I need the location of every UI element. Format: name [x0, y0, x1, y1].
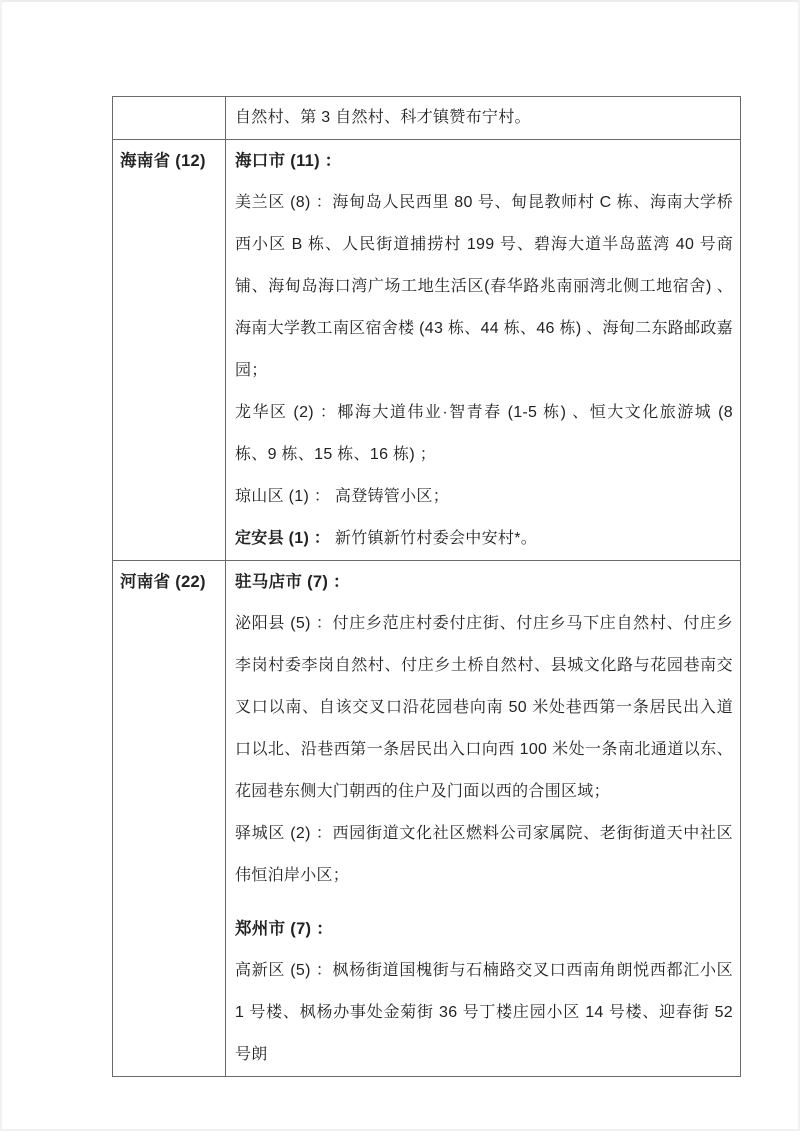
- district-detail-text: 驿城区 (2) ：西园街道文化社区燃料公司家属院、老街街道天中社区伟恒泊岸小区；: [235, 825, 733, 884]
- table-row: 河南省 (22)驻马店市 (7) ：泌阳县 (5) ：付庄乡范庄村委付庄街、付庄…: [113, 561, 741, 1077]
- district-entry: 自然村、第 3 自然村、科才镇赞布宁村。: [235, 97, 733, 139]
- table-row: 海南省 (12)海口市 (11) ：美兰区 (8) ：海甸岛人民西里 80 号、…: [113, 140, 741, 561]
- photo-edge-top: [0, 0, 800, 2]
- district-entry: 龙华区 (2) ：椰海大道伟业·智青春 (1-5 栋) 、恒大文化旅游城 (8 …: [235, 392, 733, 476]
- city-detail-cell: 自然村、第 3 自然村、科才镇赞布宁村。: [226, 97, 741, 140]
- district-detail-text: 美兰区 (8) ：海甸岛人民西里 80 号、甸昆教师村 C 栋、海南大学桥西小区…: [235, 194, 733, 379]
- city-heading: 郑州市 (7) ：: [235, 908, 733, 950]
- city-detail-cell: 海口市 (11) ：美兰区 (8) ：海甸岛人民西里 80 号、甸昆教师村 C …: [226, 140, 741, 561]
- photo-edge-left: [0, 0, 2, 1131]
- risk-area-table-body: 自然村、第 3 自然村、科才镇赞布宁村。海南省 (12)海口市 (11) ：美兰…: [113, 97, 741, 1077]
- city-heading: 驻马店市 (7) ：: [235, 561, 733, 603]
- district-entry: 泌阳县 (5) ：付庄乡范庄村委付庄街、付庄乡马下庄自然村、付庄乡李岗村委李岗自…: [235, 603, 733, 813]
- table-row: 自然村、第 3 自然村、科才镇赞布宁村。: [113, 97, 741, 140]
- district-name-bold: 驻马店市 (7) ：: [235, 573, 350, 591]
- province-cell: 河南省 (22): [113, 561, 226, 1077]
- risk-area-table: 自然村、第 3 自然村、科才镇赞布宁村。海南省 (12)海口市 (11) ：美兰…: [112, 96, 741, 1077]
- document-page: 自然村、第 3 自然村、科才镇赞布宁村。海南省 (12)海口市 (11) ：美兰…: [0, 0, 800, 1131]
- district-entry: 驿城区 (2) ：西园街道文化社区燃料公司家属院、老街街道天中社区伟恒泊岸小区；: [235, 813, 733, 897]
- province-cell: [113, 97, 226, 140]
- district-detail-text: 琼山区 (1) ： 高登铸管小区；: [235, 488, 449, 505]
- district-entry: 定安县 (1) ： 新竹镇新竹村委会中安村*。: [235, 518, 733, 560]
- district-detail-text: 泌阳县 (5) ：付庄乡范庄村委付庄街、付庄乡马下庄自然村、付庄乡李岗村委李岗自…: [235, 615, 733, 800]
- district-entry: 高新区 (5) ：枫杨街道国槐街与石楠路交叉口西南角朗悦西都汇小区 1 号楼、枫…: [235, 950, 733, 1076]
- district-entry: 美兰区 (8) ：海甸岛人民西里 80 号、甸昆教师村 C 栋、海南大学桥西小区…: [235, 182, 733, 392]
- district-detail-text: 自然村、第 3 自然村、科才镇赞布宁村。: [235, 109, 531, 126]
- district-detail-text: 新竹镇新竹村委会中安村*。: [330, 530, 537, 547]
- district-name-bold: 海口市 (11) ：: [235, 152, 342, 170]
- province-label: 河南省 (22): [120, 573, 206, 591]
- district-detail-text: 龙华区 (2) ：椰海大道伟业·智青春 (1-5 栋) 、恒大文化旅游城 (8 …: [235, 404, 733, 463]
- city-heading: 海口市 (11) ：: [235, 140, 733, 182]
- district-detail-text: 高新区 (5) ：枫杨街道国槐街与石楠路交叉口西南角朗悦西都汇小区 1 号楼、枫…: [235, 962, 733, 1063]
- province-cell: 海南省 (12): [113, 140, 226, 561]
- district-name-bold: 郑州市 (7) ：: [235, 920, 333, 938]
- city-detail-cell: 驻马店市 (7) ：泌阳县 (5) ：付庄乡范庄村委付庄街、付庄乡马下庄自然村、…: [226, 561, 741, 1077]
- district-name-bold: 定安县 (1) ：: [235, 530, 330, 547]
- province-label: 海南省 (12): [120, 152, 206, 170]
- district-entry: 琼山区 (1) ： 高登铸管小区；: [235, 476, 733, 518]
